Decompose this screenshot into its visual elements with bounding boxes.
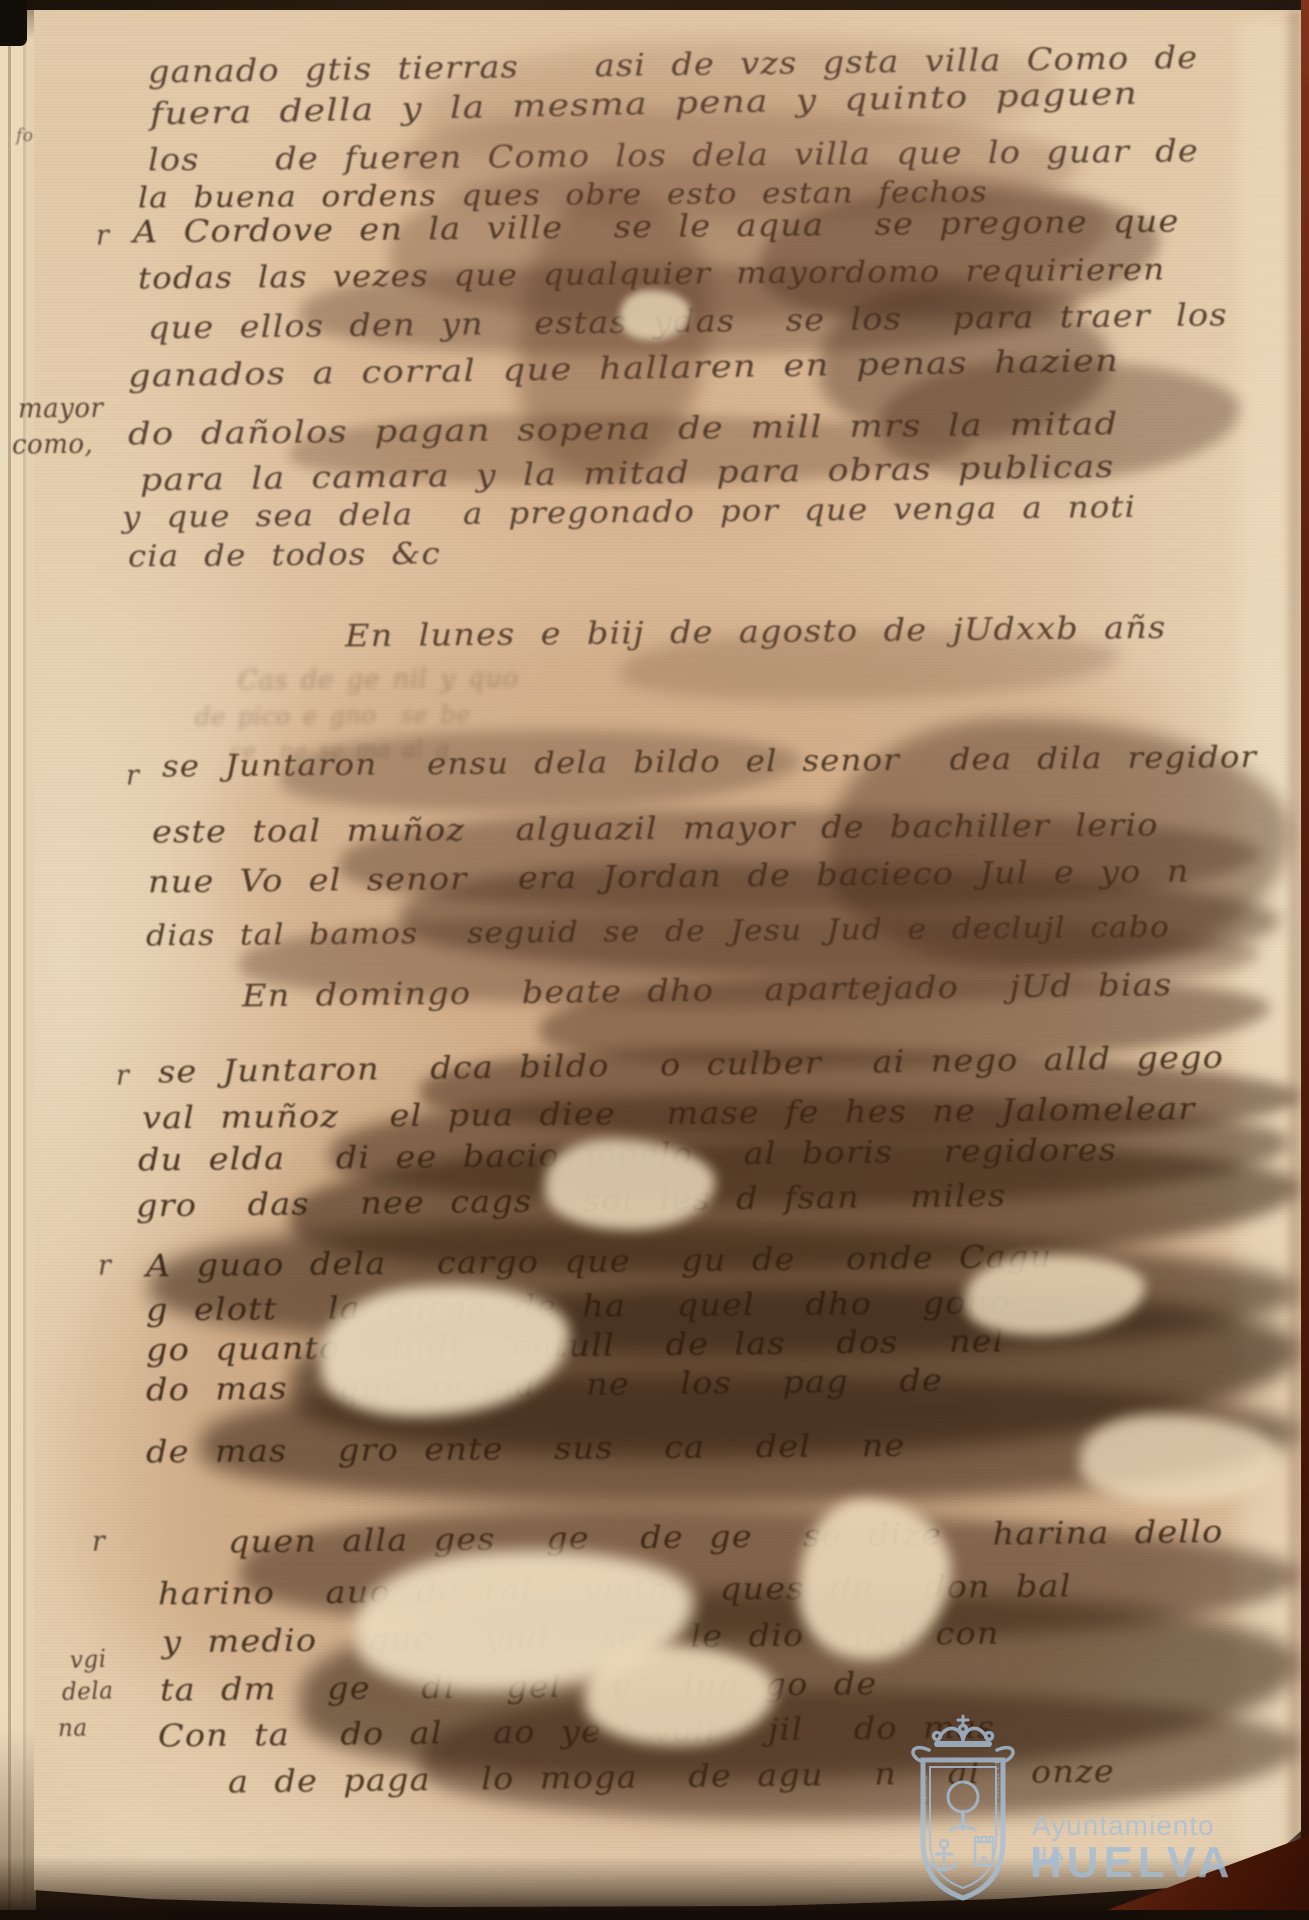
paper-show-through-layer [0,0,1309,1920]
manuscript-scan-viewer: ganado gtis tierras asi de vzs gsta vill… [0,0,1309,1920]
watermark-motto-right: ET TERRAE CVSTODIA [993,1762,999,1837]
watermark-motto-left: PORTUS MARIS [922,1774,929,1838]
paper-show-through [964,1252,1147,1338]
paper-show-through [316,1276,574,1423]
scan-top-edge [0,0,1309,10]
scan-corner-notch [0,0,27,46]
scan-bottom-edge [0,1910,1309,1920]
paper-show-through [620,290,690,340]
paper-show-through [1078,1412,1281,1509]
huelva-coat-of-arms-icon: PORTUS MARIS ET TERRAE CVSTODIA [888,1698,1038,1913]
book-cover-right-edge [1301,0,1309,1920]
paper-show-through [583,1642,776,1749]
watermark-org-name: HUELVA [1030,1838,1234,1888]
paper-show-through [543,1136,717,1235]
paper-show-through [793,1494,956,1666]
page-right-shadow [1288,10,1302,1890]
